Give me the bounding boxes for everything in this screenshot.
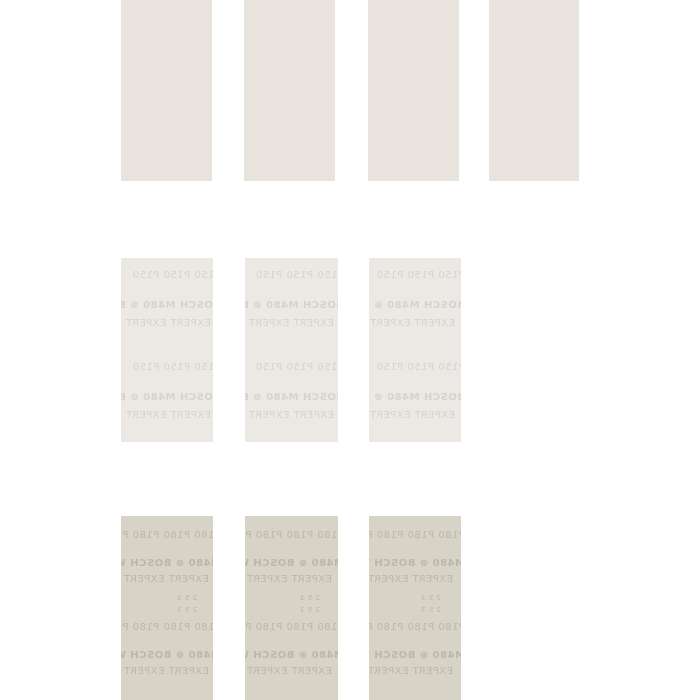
expert-label: EXPERT EXPERT xyxy=(121,666,209,677)
brand-label: M480 ⊕ BOSCH W xyxy=(251,650,338,661)
grit-label: P180 P180 P180 P xyxy=(251,622,338,633)
sanding-sheet-p150-3: P150 P150 P150 BOSCH M480 ⊕ B EXPERT EXP… xyxy=(369,258,461,442)
grit-label: P150 P150 P150 xyxy=(129,270,213,281)
brand-label: M480 ⊕ BOSCH W xyxy=(129,650,213,661)
marks-label: 2 5 3 xyxy=(245,606,320,614)
grit-label: P180 P180 P180 P xyxy=(129,530,213,541)
brand-label: M480 ⊕ BOSCH W xyxy=(373,650,461,661)
sanding-sheet-p180-3: P180 P180 P180 P M480 ⊕ BOSCH W EXPERT E… xyxy=(369,516,461,700)
sanding-sheet-top-4 xyxy=(489,0,579,181)
grit-label: P150 P150 P150 xyxy=(373,270,461,281)
expert-label: EXPERT EXPERT xyxy=(245,574,332,585)
expert-label: EXPERT EXPERT xyxy=(369,666,453,677)
grit-label: P150 P150 P150 xyxy=(373,362,461,373)
grit-label: P180 P180 P180 P xyxy=(373,622,461,633)
expert-label: EXPERT EXPERT xyxy=(245,318,334,329)
expert-label: EXPERT EXPERT xyxy=(245,410,334,421)
brand-label: M480 ⊕ BOSCH W xyxy=(373,558,461,569)
marks-label: 2 5 3 xyxy=(369,594,441,602)
sanding-sheet-top-2 xyxy=(244,0,335,181)
sanding-sheet-p180-2: P180 P180 P180 P M480 ⊕ BOSCH W EXPERT E… xyxy=(245,516,338,700)
brand-label: BOSCH M480 ⊕ B xyxy=(251,300,338,311)
grit-label: P150 P150 P150 xyxy=(251,270,338,281)
grit-label: P180 P180 P180 P xyxy=(251,530,338,541)
sanding-sheet-p150-1: P150 P150 P150 BOSCH M480 ⊕ B EXPERT EXP… xyxy=(121,258,213,442)
sanding-sheet-p180-1: P180 P180 P180 P M480 ⊕ BOSCH W EXPERT E… xyxy=(121,516,213,700)
brand-label: BOSCH M480 ⊕ B xyxy=(129,392,213,403)
brand-label: BOSCH M480 ⊕ B xyxy=(373,300,461,311)
expert-label: EXPERT EXPERT xyxy=(369,410,455,421)
expert-label: EXPERT EXPERT xyxy=(121,410,211,421)
grit-label: P180 P180 P180 P xyxy=(373,530,461,541)
brand-label: BOSCH M480 ⊕ B xyxy=(251,392,338,403)
grit-label: P150 P150 P150 xyxy=(129,362,213,373)
brand-label: BOSCH M480 ⊕ B xyxy=(373,392,461,403)
marks-label: 2 5 3 xyxy=(369,606,441,614)
marks-label: 2 5 3 xyxy=(245,594,320,602)
marks-label: 2 5 3 xyxy=(121,594,197,602)
marks-label: 2 5 3 xyxy=(121,606,197,614)
expert-label: EXPERT EXPERT xyxy=(369,574,453,585)
grit-label: P180 P180 P180 P xyxy=(129,622,213,633)
brand-label: M480 ⊕ BOSCH W xyxy=(129,558,213,569)
sanding-sheet-top-3 xyxy=(368,0,459,181)
grit-label: P150 P150 P150 xyxy=(251,362,338,373)
sanding-sheet-p150-2: P150 P150 P150 BOSCH M480 ⊕ B EXPERT EXP… xyxy=(245,258,338,442)
expert-label: EXPERT EXPERT xyxy=(369,318,455,329)
brand-label: M480 ⊕ BOSCH W xyxy=(251,558,338,569)
expert-label: EXPERT EXPERT xyxy=(245,666,332,677)
brand-label: BOSCH M480 ⊕ B xyxy=(129,300,213,311)
sanding-sheet-top-1 xyxy=(121,0,212,181)
expert-label: EXPERT EXPERT xyxy=(121,574,209,585)
expert-label: EXPERT EXPERT xyxy=(121,318,211,329)
